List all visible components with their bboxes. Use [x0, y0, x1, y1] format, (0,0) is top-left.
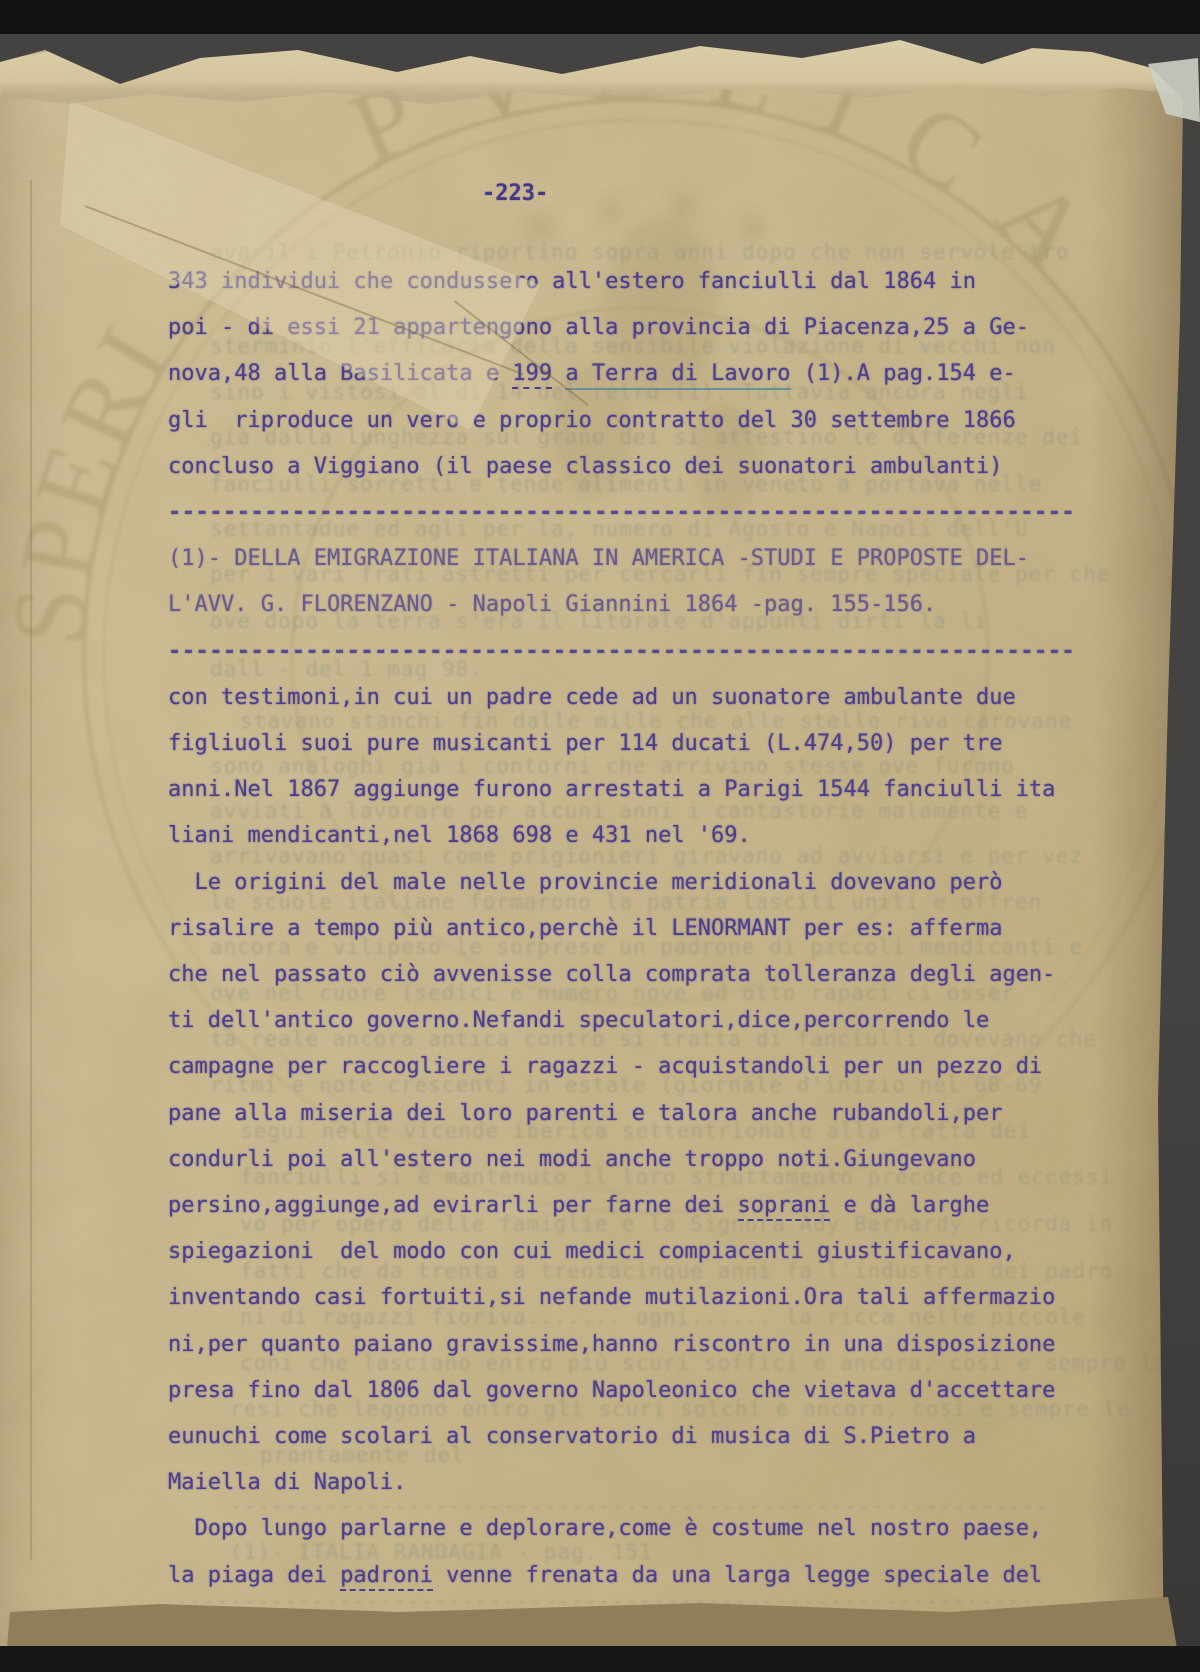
typewritten-page: SPERI PVBLICA — [0, 0, 1200, 1672]
text-line: risalire a tempo più antico,perchè il LE… — [168, 913, 1002, 945]
underlined-text-segment: a Terra di Lavoro — [565, 361, 790, 390]
text-segment: persino,aggiunge,ad evirarli per farne d… — [168, 1193, 738, 1218]
text-segment: (1).A pag.154 e- — [791, 361, 1016, 386]
text-line: inventando casi fortuiti,si nefande muti… — [168, 1282, 1055, 1314]
text-line: ti dell'antico governo.Nefandi speculato… — [168, 1005, 989, 1037]
text-line: nova,48 alla Basilicata e 199 a Terra di… — [168, 358, 1016, 390]
text-line: spiegazioni del modo con cui medici comp… — [168, 1236, 1016, 1268]
text-line: gli riproduce un vero e proprio contratt… — [168, 405, 1016, 437]
page-edge-shadow — [1090, 0, 1200, 1672]
typed-separator-line: ----------------------------------------… — [168, 636, 1075, 668]
scan-backdrop-bottom — [0, 1646, 1200, 1672]
text-line: Le origini del male nelle provincie meri… — [168, 867, 1002, 899]
text-line: figliuoli suoi pure musicanti per 114 du… — [168, 728, 1002, 760]
text-line: campagne per raccogliere i ragazzi - acq… — [168, 1051, 1042, 1083]
typed-separator-line: ----------------------------------------… — [168, 497, 1075, 529]
text-line: che nel passato ciò avvenisse colla comp… — [168, 959, 1055, 991]
text-line: (1)- DELLA EMIGRAZIONE ITALIANA IN AMERI… — [168, 543, 1029, 575]
scanned-document-photo: SPERI PVBLICA — [0, 0, 1200, 1672]
text-line: la piaga dei padroni venne frenata da un… — [168, 1560, 1042, 1592]
text-line: anni.Nel 1867 aggiunge furono arrestati … — [168, 774, 1055, 806]
text-line: condurli poi all'estero nei modi anche t… — [168, 1144, 976, 1176]
text-line: L'AVV. G. FLORENZANO - Napoli Giannini 1… — [168, 589, 936, 621]
scan-backdrop-top — [0, 0, 1200, 34]
text-line: persino,aggiunge,ad evirarli per farne d… — [168, 1190, 989, 1222]
text-line: concluso a Viggiano (il paese classico d… — [168, 451, 1002, 483]
left-fold-line — [30, 180, 32, 1560]
underlined-text-segment: 199 — [512, 361, 552, 389]
text-line: con testimoni,in cui un padre cede ad un… — [168, 682, 1016, 714]
text-line: liani mendicanti,nel 1868 698 e 431 nel … — [168, 820, 751, 852]
underlined-text-segment: padroni — [340, 1563, 433, 1591]
text-line: Dopo lungo parlarne e deplorare,come è c… — [168, 1513, 1042, 1545]
text-segment: venne frenata da una larga legge special… — [433, 1563, 1042, 1588]
text-line: presa fino dal 1806 dal governo Napoleon… — [168, 1375, 1055, 1407]
text-line: ni,per quanto paiano gravissime,hanno ri… — [168, 1329, 1055, 1361]
text-line: eunuchi come scolari al conservatorio di… — [168, 1421, 976, 1453]
text-line: Maiella di Napoli. — [168, 1467, 406, 1499]
underlined-text-segment: soprani — [738, 1193, 831, 1221]
text-segment: la piaga dei — [168, 1563, 340, 1588]
text-line: pane alla miseria dei loro parenti e tal… — [168, 1098, 1002, 1130]
text-segment: e dà larghe — [830, 1193, 989, 1218]
page-number: -223- — [482, 180, 548, 208]
